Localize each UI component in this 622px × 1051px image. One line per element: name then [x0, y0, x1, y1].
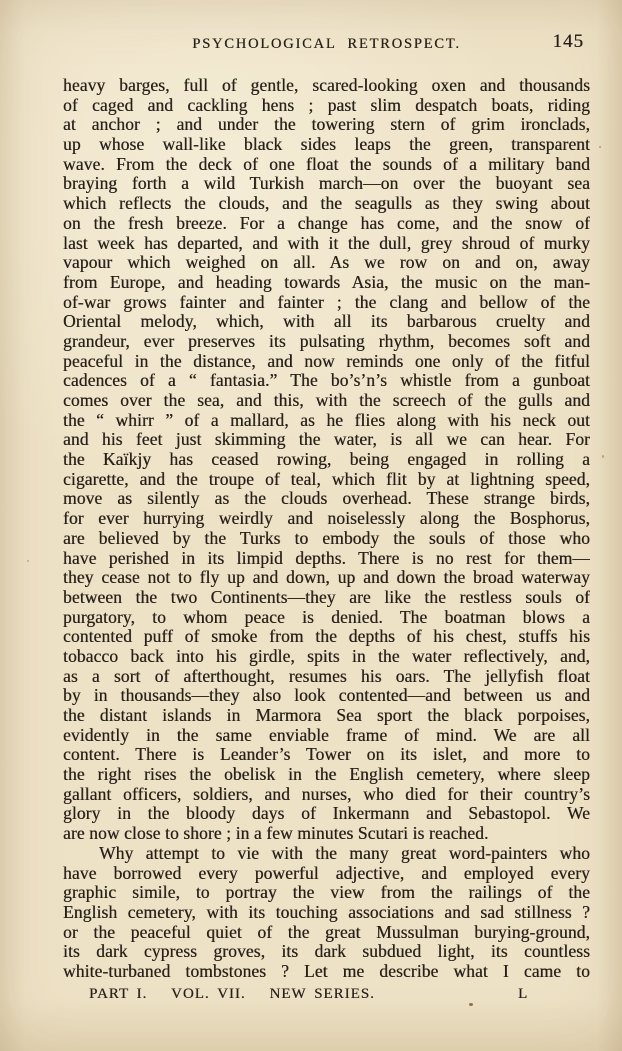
foxing-speck — [469, 1003, 473, 1006]
text-line: they cease not to fly up and down, up an… — [63, 568, 590, 588]
running-title: PSYCHOLOGICAL RETROSPECT. — [63, 36, 590, 53]
paragraph-1: heavy barges, full of gentle, scared-loo… — [63, 76, 590, 844]
text-line: the “ whirr ” of a mallard, as he flies … — [63, 411, 590, 431]
text-line: from Europe, and heading towards Asia, t… — [63, 273, 590, 293]
text-line: of-war grows fainter and fainter ; the c… — [63, 293, 590, 313]
text-line: English cemetery, with its touching asso… — [63, 903, 590, 923]
text-line: its dark cypress groves, its dark subdue… — [63, 942, 590, 962]
text-line: for ever hurrying weirdly and noiselessl… — [63, 509, 590, 529]
body-text: heavy barges, full of gentle, scared-loo… — [63, 76, 590, 982]
signature-mark: L — [518, 986, 528, 1003]
text-line: the Kaïkjy has ceased rowing, being enga… — [63, 450, 590, 470]
footer-part-label: PART I. — [89, 986, 147, 1002]
text-line: cigarette, and the troupe of teal, which… — [63, 470, 590, 490]
text-line: as a sort of afterthought, resumes his o… — [63, 667, 590, 687]
text-line: last week has departed, and with it the … — [63, 234, 590, 254]
text-line: have borrowed every powerful adjective, … — [63, 864, 590, 884]
text-line: are believed by the Turks to embody the … — [63, 529, 590, 549]
text-line: Why attempt to vie with the many great w… — [63, 844, 590, 864]
page-footer: PART I. VOL. VII. NEW SERIES. L — [63, 986, 590, 1008]
text-line: at anchor ; and under the towering stern… — [63, 115, 590, 135]
text-line: tobacco back into his girdle, spits in t… — [63, 647, 590, 667]
text-line: graphic simile, to portray the view from… — [63, 883, 590, 903]
text-line: which reflects the clouds, and the seagu… — [63, 194, 590, 214]
text-line: peaceful in the distance, and now remind… — [63, 352, 590, 372]
foxing-speck — [599, 146, 601, 148]
text-line: and his feet just skimming the water, is… — [63, 430, 590, 450]
foxing-speck — [602, 455, 604, 458]
book-page: PSYCHOLOGICAL RETROSPECT. 145 heavy barg… — [0, 0, 622, 1051]
page-header: PSYCHOLOGICAL RETROSPECT. 145 — [63, 33, 590, 57]
paragraph-2: Why attempt to vie with the many great w… — [63, 844, 590, 982]
text-line: grandeur, ever preserves its pulsating r… — [63, 332, 590, 352]
text-line: by in thousands—they also look contented… — [63, 686, 590, 706]
text-line: comes over the sea, and this, with the s… — [63, 391, 590, 411]
text-line: contented puff of smoke from the depths … — [63, 627, 590, 647]
text-line: up whose wall-like black sides leaps the… — [63, 135, 590, 155]
page-number: 145 — [553, 31, 585, 53]
text-line: or the peaceful quiet of the great Mussu… — [63, 923, 590, 943]
text-line: wave. From the deck of one float the sou… — [63, 155, 590, 175]
text-line: the distant islands in Marmora Sea sport… — [63, 706, 590, 726]
footer-volume-label: VOL. VII. — [171, 986, 246, 1002]
text-line: between the two Continents—they are like… — [63, 588, 590, 608]
text-line: Oriental melody, which, with all its bar… — [63, 312, 590, 332]
text-line: are now close to shore ; in a few minute… — [63, 824, 590, 844]
text-line: evidently in the same enviable frame of … — [63, 726, 590, 746]
text-line: purgatory, to whom peace is denied. The … — [63, 608, 590, 628]
text-line: white-turbaned tombstones ? Let me descr… — [63, 962, 590, 982]
text-line: of caged and cackling hens ; past slim d… — [63, 96, 590, 116]
text-line: have perished in its limpid depths. Ther… — [63, 549, 590, 569]
footer-series-label: NEW SERIES. — [269, 986, 374, 1002]
text-line: vapour which weighed on all. As we row o… — [63, 253, 590, 273]
text-line: content. There is Leander’s Tower on its… — [63, 745, 590, 765]
text-line: cadences of a “ fantasia.” The bo’s’n’s … — [63, 371, 590, 391]
foxing-speck — [27, 560, 29, 562]
text-line: glory in the bloody days of Inkermann an… — [63, 804, 590, 824]
text-line: on the fresh breeze. For a change has co… — [63, 214, 590, 234]
text-line: the right rises the obelisk in the Engli… — [63, 765, 590, 785]
text-line: heavy barges, full of gentle, scared-loo… — [63, 76, 590, 96]
text-line: gallant officers, soldiers, and nurses, … — [63, 785, 590, 805]
text-line: braying forth a wild Turkish march—on ov… — [63, 174, 590, 194]
text-line: move as silently as the clouds overhead.… — [63, 489, 590, 509]
